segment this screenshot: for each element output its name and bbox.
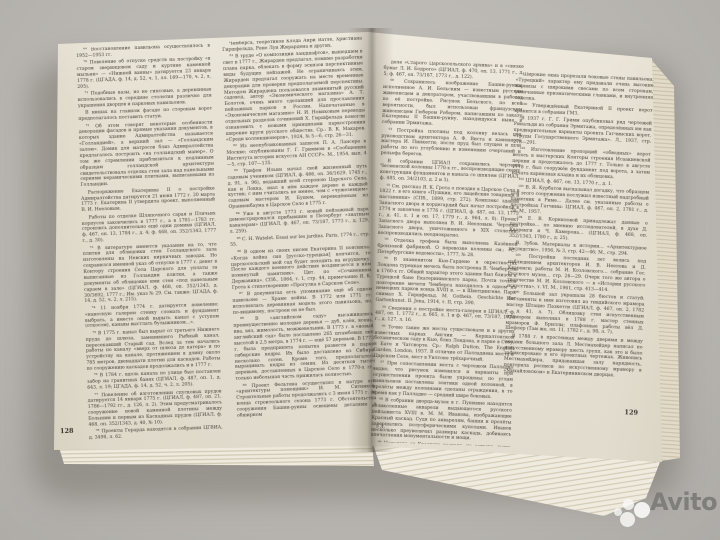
avito-logo-icon bbox=[623, 499, 634, 510]
left-page-column-2: Чемберса, теоретиков Клода Анри Ватле, Х… bbox=[222, 36, 378, 441]
right-page-column-1: деле «Старого Царскосельского архива» и … bbox=[371, 60, 524, 447]
footnote-paragraph: ⁹⁸ В собрании дворца-музея в г. Пушкине … bbox=[371, 398, 512, 444]
footnote-paragraph: ⁸¹ В труде «О композиции ландшафтов», вы… bbox=[223, 50, 366, 144]
footnote-paragraph: ⁹⁴ В знаменитом Кью-Гардене в окрестност… bbox=[375, 257, 517, 309]
footnote-paragraph: ⁸⁶ В одном из своих писем Екатерина II п… bbox=[230, 245, 372, 292]
avito-watermark-label: Avito bbox=[650, 488, 717, 516]
footnote-paragraph: Работы по отделке Шляпочного сарая и Пти… bbox=[82, 211, 217, 245]
right-page-column-2: Широкие окна прорезали боковые стены пав… bbox=[502, 72, 654, 419]
footnote-paragraph: ⁷⁵ В 1775 г. канал был вырыт от третьего… bbox=[85, 327, 220, 373]
footnote-paragraph: ⁷⁶ В 1784 г. вдоль канала по улице был п… bbox=[87, 370, 222, 392]
footnote-paragraph: В 1937 г. Г. Г. Гримм опубликовал ряд че… bbox=[513, 116, 652, 151]
footnote-paragraph: ⁸⁴ Уже в августе 1773 г. новый пейзажный… bbox=[229, 207, 370, 236]
footnote-paragraph: В собрании ЦГИАЛ сохранились чертежи Чес… bbox=[380, 158, 521, 186]
footnote-paragraph: В 1788 г. в простенках между дверями и м… bbox=[503, 334, 643, 381]
footnote-paragraph: ⁹⁶ Точно такие же мосты существовали и в… bbox=[374, 324, 515, 364]
footnote-paragraph: ⁹⁷ При сопоставлении моста с чертежом Па… bbox=[372, 361, 513, 401]
footnote-paragraph: ⁷⁰ Повеление об отпуске средств на постр… bbox=[76, 57, 211, 91]
footnote-paragraph: ⁸³ Трифон Ильин начал свой жизненный пут… bbox=[227, 164, 369, 211]
printer-signature-mark: 9 Л. bbox=[376, 424, 385, 429]
footnote-paragraph: Распоряжение Екатерины II о постройке Ад… bbox=[81, 186, 216, 214]
footnote-paragraph: Широкие окна прорезали боковые стены пав… bbox=[515, 72, 654, 107]
footnote-paragraph: ⁷⁷ Повеление об изготовлении спусковых п… bbox=[87, 389, 222, 429]
photo-backdrop: ⁶⁹ Восстановление павильона осуществляло… bbox=[0, 0, 720, 540]
footnote-paragraph: ⁹² См. рассказ Я. К. Грота о поездке в Ц… bbox=[378, 183, 520, 241]
footnote-paragraph: ⁸⁸ В «английском саду» высаживались преи… bbox=[233, 313, 375, 383]
footnote-paragraph: ⁷² Об этом говорят некоторые особенности… bbox=[79, 120, 215, 189]
footnote-paragraph: ⁹⁰ Сохранилось изображение Башни-руины, … bbox=[382, 79, 524, 131]
footnote-paragraph: ¹⁰³ В. Я. Курбатов высказывал догадку, ч… bbox=[510, 185, 649, 220]
avito-watermark: Avito bbox=[610, 494, 718, 534]
page-number-129: 129 bbox=[598, 407, 638, 417]
avito-logo-icon bbox=[634, 502, 650, 518]
footnote-paragraph: ⁸⁹ Проект Фельтена осуществлял в натуре … bbox=[236, 379, 377, 420]
footnote-paragraph: ¹⁰⁵ Постройки последних лет велись под н… bbox=[507, 254, 646, 295]
page-number-128: 128 bbox=[60, 427, 74, 435]
avito-logo-icon bbox=[620, 512, 635, 527]
footnote-paragraph: ⁹¹ Постройка плотины под колонну велась … bbox=[381, 128, 522, 162]
footnote-paragraph: ⁸² Из неопубликованных записок П. А. Лан… bbox=[226, 139, 367, 168]
footnote-paragraph: ¹⁰⁶ Большой зал украшали 28 бюстов и ста… bbox=[505, 291, 645, 338]
footnote-paragraph: ⁷⁴ 11 ноября 1774 г. датируется повелени… bbox=[85, 302, 220, 330]
footnote-paragraph: ⁷³ В литературе имеются указания на то, … bbox=[83, 242, 219, 305]
footnote-paragraph: ¹⁰¹ Изготовление пропорций «обводных» во… bbox=[512, 147, 651, 182]
left-page-column-1: ⁶⁹ Восстановление павильона осуществляло… bbox=[76, 44, 223, 440]
